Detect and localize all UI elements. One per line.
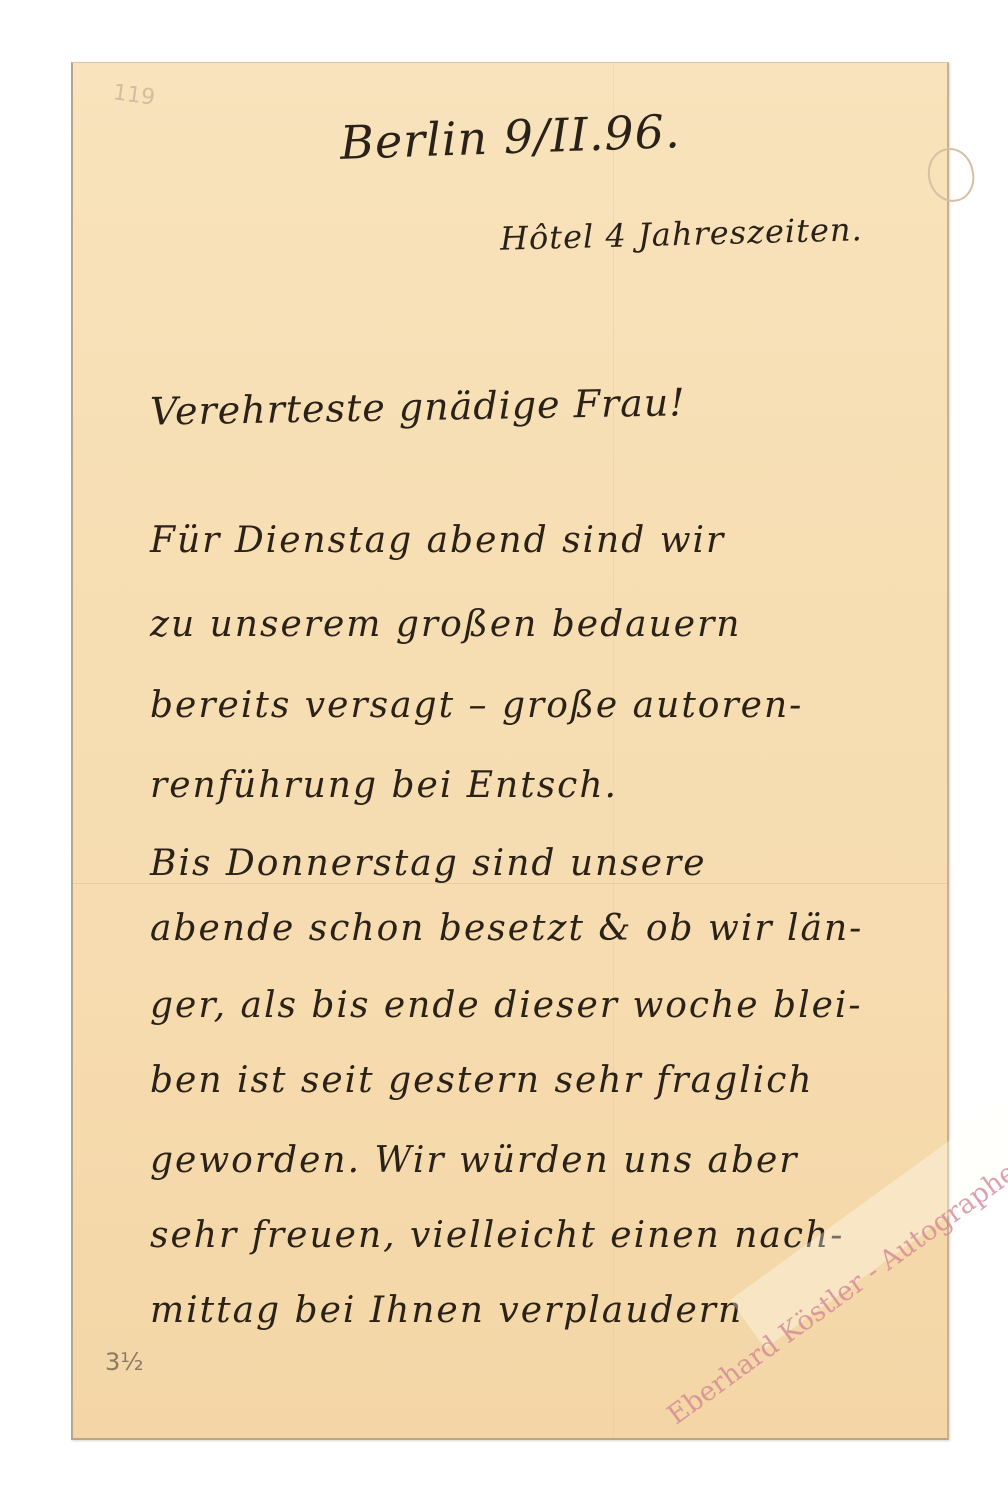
body-line: sehr freuen, vielleicht einen nach-: [150, 1215, 844, 1256]
pencil-circle-mark: [924, 144, 979, 205]
body-line: Bis Donnerstag sind unsere: [150, 843, 707, 884]
body-line: geworden. Wir würden uns aber: [150, 1140, 799, 1181]
body-line: renführung bei Entsch.: [150, 765, 618, 806]
salutation: Verehrteste gnädige Frau!: [150, 380, 686, 433]
body-line: ben ist seit gestern sehr fraglich: [150, 1060, 814, 1101]
body-line: mittag bei Ihnen verplaudern: [150, 1290, 743, 1331]
pencil-price-mark: 3½: [105, 1348, 144, 1376]
body-line: Für Dienstag abend sind wir: [150, 520, 725, 561]
body-line: bereits versagt – große autoren-: [150, 685, 803, 726]
body-line: ger, als bis ende dieser woche blei-: [150, 985, 863, 1026]
body-line: abende schon besetzt & ob wir län-: [150, 908, 863, 949]
body-line: zu unserem großen bedauern: [150, 604, 742, 645]
pencil-number-top-left: 119: [111, 80, 156, 111]
